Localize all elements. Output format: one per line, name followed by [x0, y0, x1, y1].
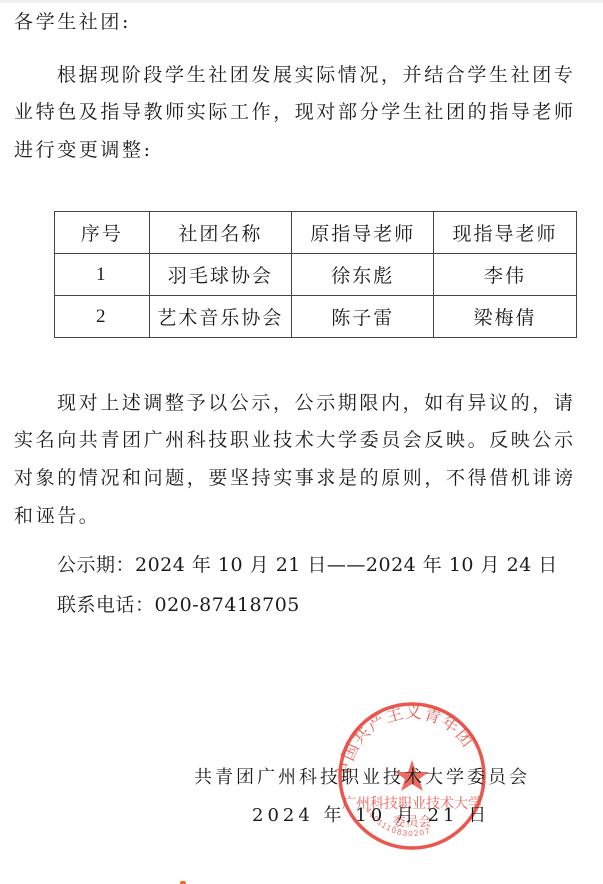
header-club-name: 社团名称	[149, 212, 292, 254]
cell-former-advisor: 陈子雷	[292, 296, 434, 338]
intro-line-3: 进行变更调整:	[14, 138, 153, 162]
cell-club-name: 艺术音乐协会	[149, 296, 292, 338]
table-row: 1 羽毛球协会 徐东彪 李伟	[55, 254, 577, 296]
cell-club-name: 羽毛球协会	[149, 254, 292, 296]
cell-index: 1	[55, 254, 150, 296]
header-former-advisor: 原指导老师	[292, 212, 434, 254]
intro-line-2: 业特色及指导教师实际工作，现对部分学生社团的指导老师	[14, 100, 576, 124]
cell-former-advisor: 徐东彪	[292, 254, 434, 296]
table-header-row: 序号 社团名称 原指导老师 现指导老师	[55, 212, 577, 254]
notice-line-3: 对象的情况和问题，要坚持实事求是的原则，不得借机诽谤	[14, 466, 576, 490]
page-top-edge	[0, 0, 603, 3]
signature-date: 2024 年 10 月 21 日	[252, 801, 490, 827]
salutation: 各学生社团:	[14, 10, 131, 34]
cell-current-advisor: 梁梅倩	[434, 296, 577, 338]
cell-index: 2	[55, 296, 150, 338]
table-row: 2 艺术音乐协会 陈子雷 梁梅倩	[55, 296, 577, 338]
notice-line-2: 实名向共青团广州科技职业技术大学委员会反映。反映公示	[14, 428, 576, 452]
notice-line-1: 现对上述调整予以公示，公示期限内，如有异议的，请	[57, 391, 575, 415]
signature-org: 共青团广州科技职业技术大学委员会	[194, 763, 530, 789]
adjustment-table: 序号 社团名称 原指导老师 现指导老师 1 羽毛球协会 徐东彪 李伟 2 艺术音…	[54, 211, 577, 338]
publicity-period: 公示期：2024 年 10 月 21 日——2024 年 10 月 24 日	[57, 553, 558, 577]
header-current-advisor: 现指导老师	[434, 212, 577, 254]
intro-line-1: 根据现阶段学生社团发展实际情况，并结合学生社团专	[57, 63, 575, 87]
notice-line-4: 和诬告。	[14, 504, 100, 528]
contact-phone: 联系电话：020-87418705	[57, 593, 300, 617]
cell-current-advisor: 李伟	[434, 254, 577, 296]
header-index: 序号	[55, 212, 150, 254]
